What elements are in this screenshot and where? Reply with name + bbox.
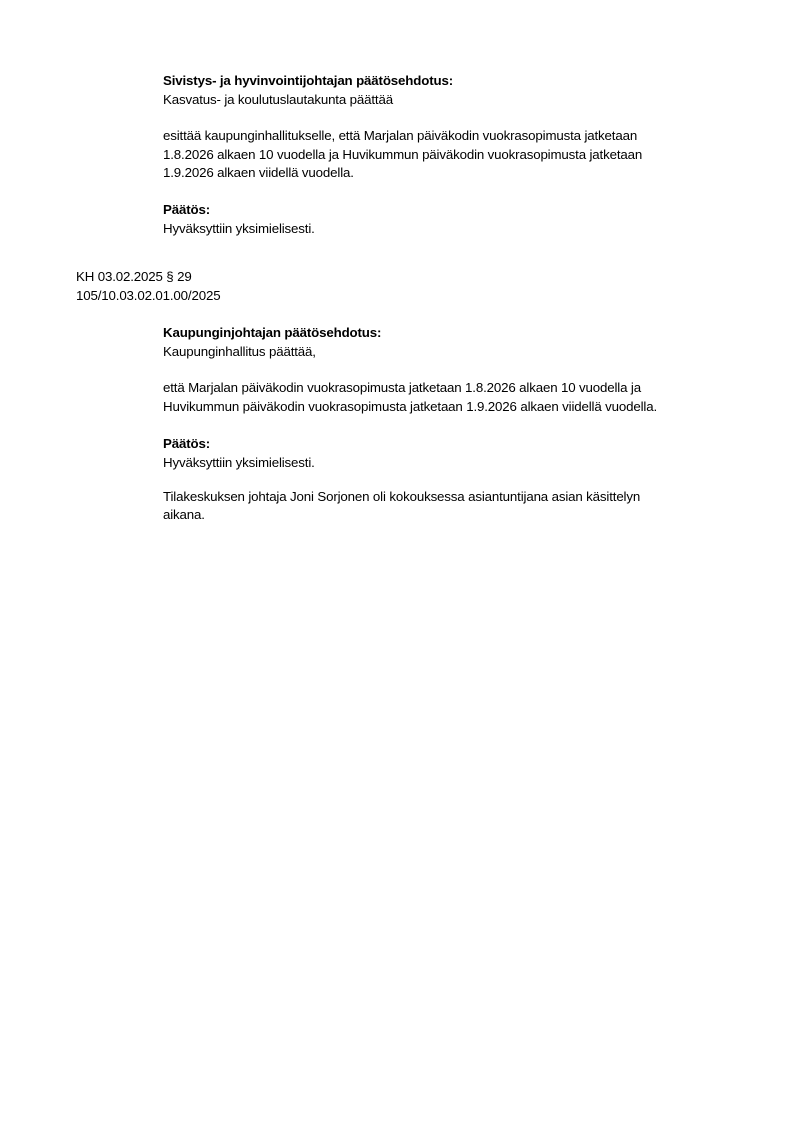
- section2-heading: Kaupunginjohtajan päätösehdotus:: [163, 323, 381, 342]
- section1-proposal-line: 1.8.2026 alkaen 10 vuodella ja Huvikummu…: [163, 145, 642, 164]
- section2-intro: Kaupunginhallitus päättää,: [163, 342, 316, 361]
- section1-decision-label: Päätös:: [163, 200, 210, 219]
- meeting-reference: KH 03.02.2025 § 29: [76, 267, 192, 286]
- section2-proposal-line: että Marjalan päiväkodin vuokrasopimusta…: [163, 378, 641, 397]
- section1-proposal-line: esittää kaupunginhallitukselle, että Mar…: [163, 126, 637, 145]
- section1-intro: Kasvatus- ja koulutuslautakunta päättää: [163, 90, 393, 109]
- record-id: 105/10.03.02.01.00/2025: [76, 286, 220, 305]
- section1-decision-text: Hyväksyttiin yksimielisesti.: [163, 219, 315, 238]
- section2-decision-label: Päätös:: [163, 434, 210, 453]
- section2-proposal-line: Huvikummun päiväkodin vuokrasopimusta ja…: [163, 397, 657, 416]
- section2-note-line: Tilakeskuksen johtaja Joni Sorjonen oli …: [163, 487, 640, 506]
- section1-proposal-line: 1.9.2026 alkaen viidellä vuodella.: [163, 163, 354, 182]
- section2-note-line: aikana.: [163, 505, 205, 524]
- section1-heading: Sivistys- ja hyvinvointijohtajan päätöse…: [163, 71, 453, 90]
- section2-decision-text: Hyväksyttiin yksimielisesti.: [163, 453, 315, 472]
